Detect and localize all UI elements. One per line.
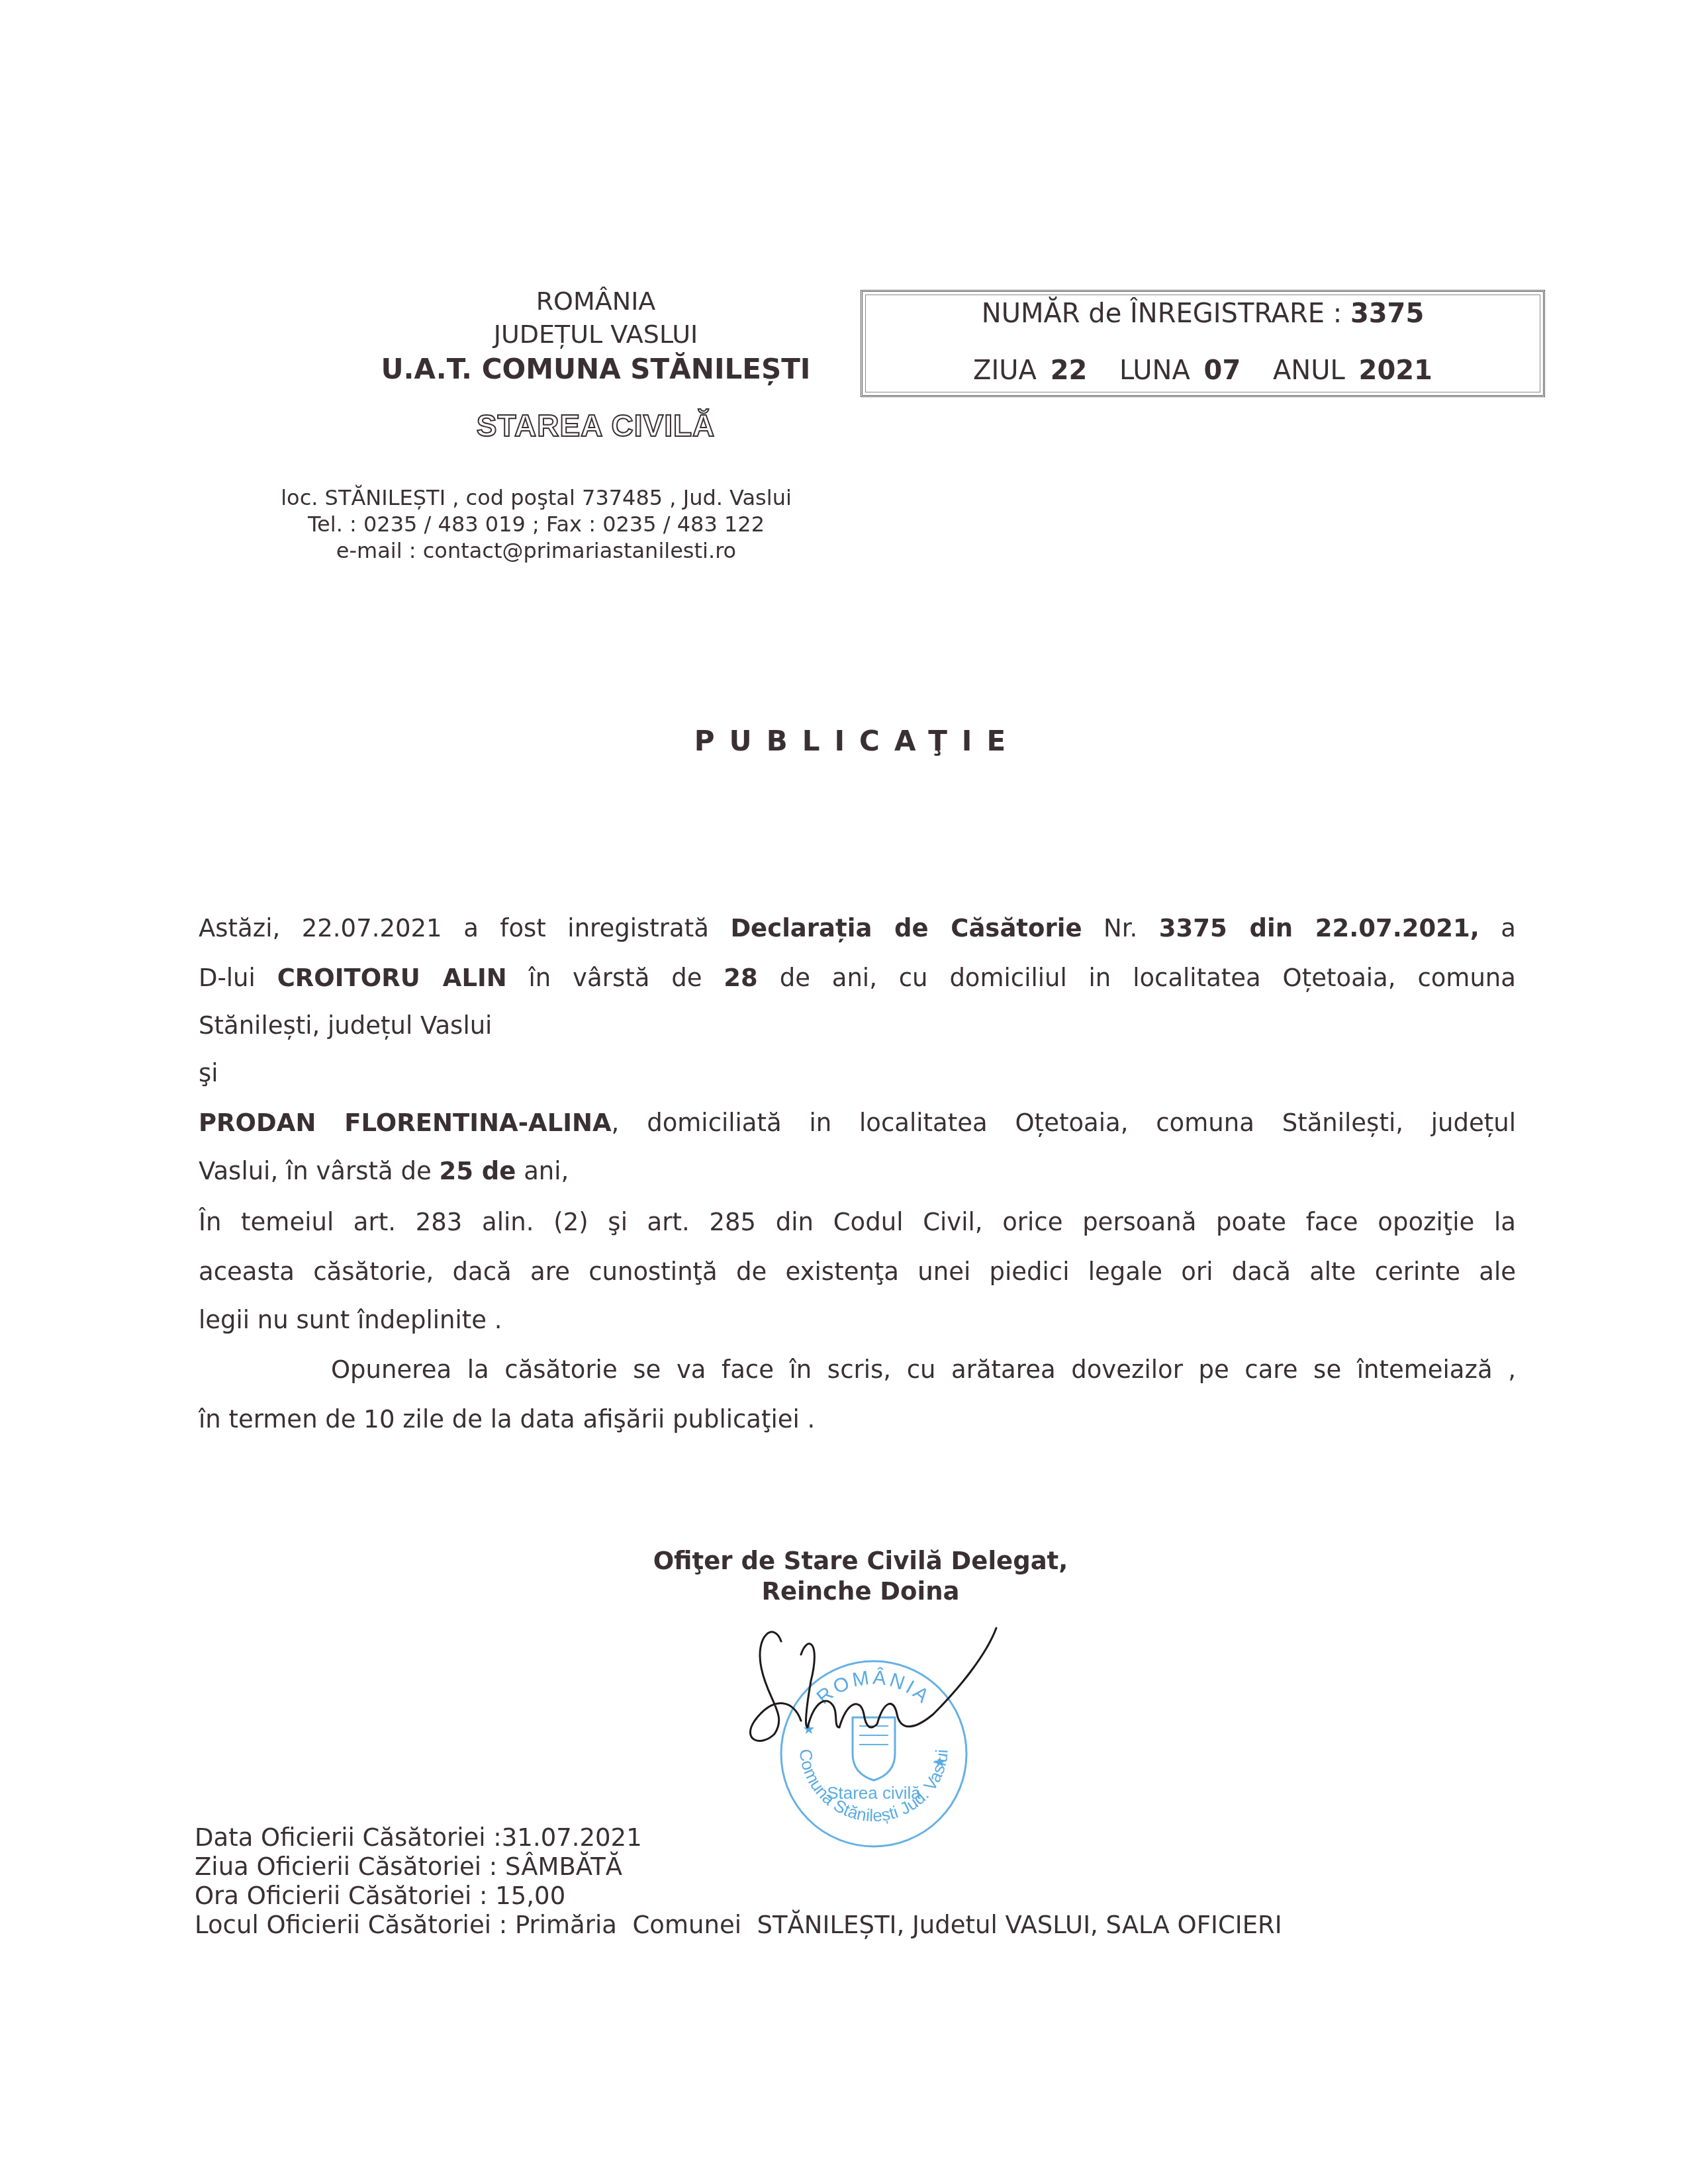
signatory-name: Reinche Doina (596, 1576, 1125, 1607)
county-name: JUDEȚUL VASLUI (371, 318, 821, 351)
body-line-3: Stănilești, județul Vaslui (199, 1009, 1516, 1042)
month-label: LUNA (1119, 355, 1190, 386)
text: a (1501, 914, 1516, 942)
body-line-10: Opunerea la căsătorie se va face în scri… (199, 1353, 1516, 1387)
issuer-header: ROMÂNIA JUDEȚUL VASLUI U.A.T. COMUNA STĂ… (371, 285, 821, 443)
institution-name: U.A.T. COMUNA STĂNILEȘTI (371, 351, 821, 388)
body-line-8: aceasta căsătorie, dacă are cunostinţă d… (199, 1255, 1516, 1289)
year-label: ANUL (1273, 355, 1345, 386)
body-line-1: Astăzi, 22.07.2021 a fost inregistrată D… (199, 912, 1516, 945)
address-line: loc. STĂNILEȘTI , cod poştal 737485 , Ju… (252, 484, 821, 511)
ceremony-time-row: Ora Oficierii Căsătoriei : 15,00 (195, 1882, 1282, 1911)
body-line-11: în termen de 10 zile de la data afişării… (199, 1403, 1516, 1436)
ceremony-place-row: Locul Oficierii Căsătoriei : Primăria Co… (195, 1911, 1282, 1940)
ceremony-date-row: Data Oficierii Căsătoriei :31.07.2021 (195, 1823, 1282, 1852)
body-line-7: În temeiul art. 283 alin. (2) şi art. 28… (199, 1206, 1516, 1239)
contact-block: loc. STĂNILEȘTI , cod poştal 737485 , Ju… (252, 484, 821, 564)
body-line-2: D-lui CROITORU ALIN în vârstă de 28 de a… (199, 962, 1516, 995)
text: D-lui (199, 964, 256, 992)
registration-number-row: NUMĂR de ÎNREGISTRARE : 3375 (863, 298, 1543, 329)
bride-age: 25 de (439, 1157, 516, 1185)
text: ani, (524, 1157, 569, 1185)
ceremony-date: 31.07.2021 (502, 1823, 642, 1852)
text: Nr. (1103, 914, 1137, 942)
ceremony-day: SÂMBĂTĂ (505, 1852, 622, 1881)
registration-number: 3375 (1350, 298, 1424, 329)
day-value: 22 (1051, 355, 1088, 386)
handwritten-signature-icon (735, 1615, 1013, 1760)
document-title: PUBLICAŢIE (0, 725, 1688, 757)
signatory-title: Ofiţer de Stare Civilă Delegat, (596, 1546, 1125, 1576)
text: , domiciliată in localitatea Oțetoaia, c… (612, 1109, 1516, 1137)
day-label: ZIUA (973, 355, 1037, 386)
department-name: STAREA CIVILĂ (371, 408, 821, 443)
body-line-9: legii nu sunt îndeplinite . (199, 1304, 1516, 1337)
ceremony-day-label: Ziua Oficierii Căsătoriei : (195, 1852, 497, 1881)
body-line-4: şi (199, 1057, 1516, 1090)
text: de ani, cu domiciliul in localitatea Oțe… (780, 964, 1516, 992)
ceremony-date-label: Data Oficierii Căsătoriei : (195, 1823, 502, 1852)
phone-fax-line: Tel. : 0235 / 483 019 ; Fax : 0235 / 483… (252, 511, 821, 537)
ceremony-time: 15,00 (495, 1882, 565, 1910)
text: în vârstă de (529, 964, 702, 992)
year-value: 2021 (1359, 355, 1432, 386)
email-line: e-mail : contact@primariastanilesti.ro (252, 537, 821, 564)
declaration-number: 3375 din 22.07.2021, (1159, 914, 1479, 942)
bride-name: PRODAN FLORENTINA-ALINA (199, 1109, 612, 1137)
text: Vaslui, în vârstă de (199, 1157, 432, 1185)
ceremony-place-label: Locul Oficierii Căsătoriei : (195, 1911, 507, 1939)
country-name: ROMÂNIA (371, 285, 821, 318)
ceremony-place: Primăria Comunei STĂNILEȘTI, Judetul VAS… (515, 1911, 1282, 1939)
ceremony-details: Data Oficierii Căsătoriei :31.07.2021 Zi… (195, 1823, 1282, 1940)
month-value: 07 (1204, 355, 1241, 386)
text: Astăzi, 22.07.2021 a fost inregistrată (199, 914, 709, 942)
registration-number-label: NUMĂR de ÎNREGISTRARE : (982, 298, 1342, 329)
signatory-block: Ofiţer de Stare Civilă Delegat, Reinche … (596, 1546, 1125, 1607)
declaration-type: Declarația de Căsătorie (730, 914, 1082, 942)
groom-name: CROITORU ALIN (277, 964, 507, 992)
registration-date-row: ZIUA 22 LUNA 07 ANUL 2021 (863, 355, 1543, 386)
ceremony-day-row: Ziua Oficierii Căsătoriei : SÂMBĂTĂ (195, 1852, 1282, 1882)
groom-age: 28 (724, 964, 758, 992)
registration-box: NUMĂR de ÎNREGISTRARE : 3375 ZIUA 22 LUN… (861, 290, 1545, 397)
ceremony-time-label: Ora Oficierii Căsătoriei : (195, 1882, 487, 1910)
body-line-6: Vaslui, în vârstă de 25 de ani, (199, 1155, 1516, 1188)
body-line-5: PRODAN FLORENTINA-ALINA, domiciliată in … (199, 1107, 1516, 1140)
